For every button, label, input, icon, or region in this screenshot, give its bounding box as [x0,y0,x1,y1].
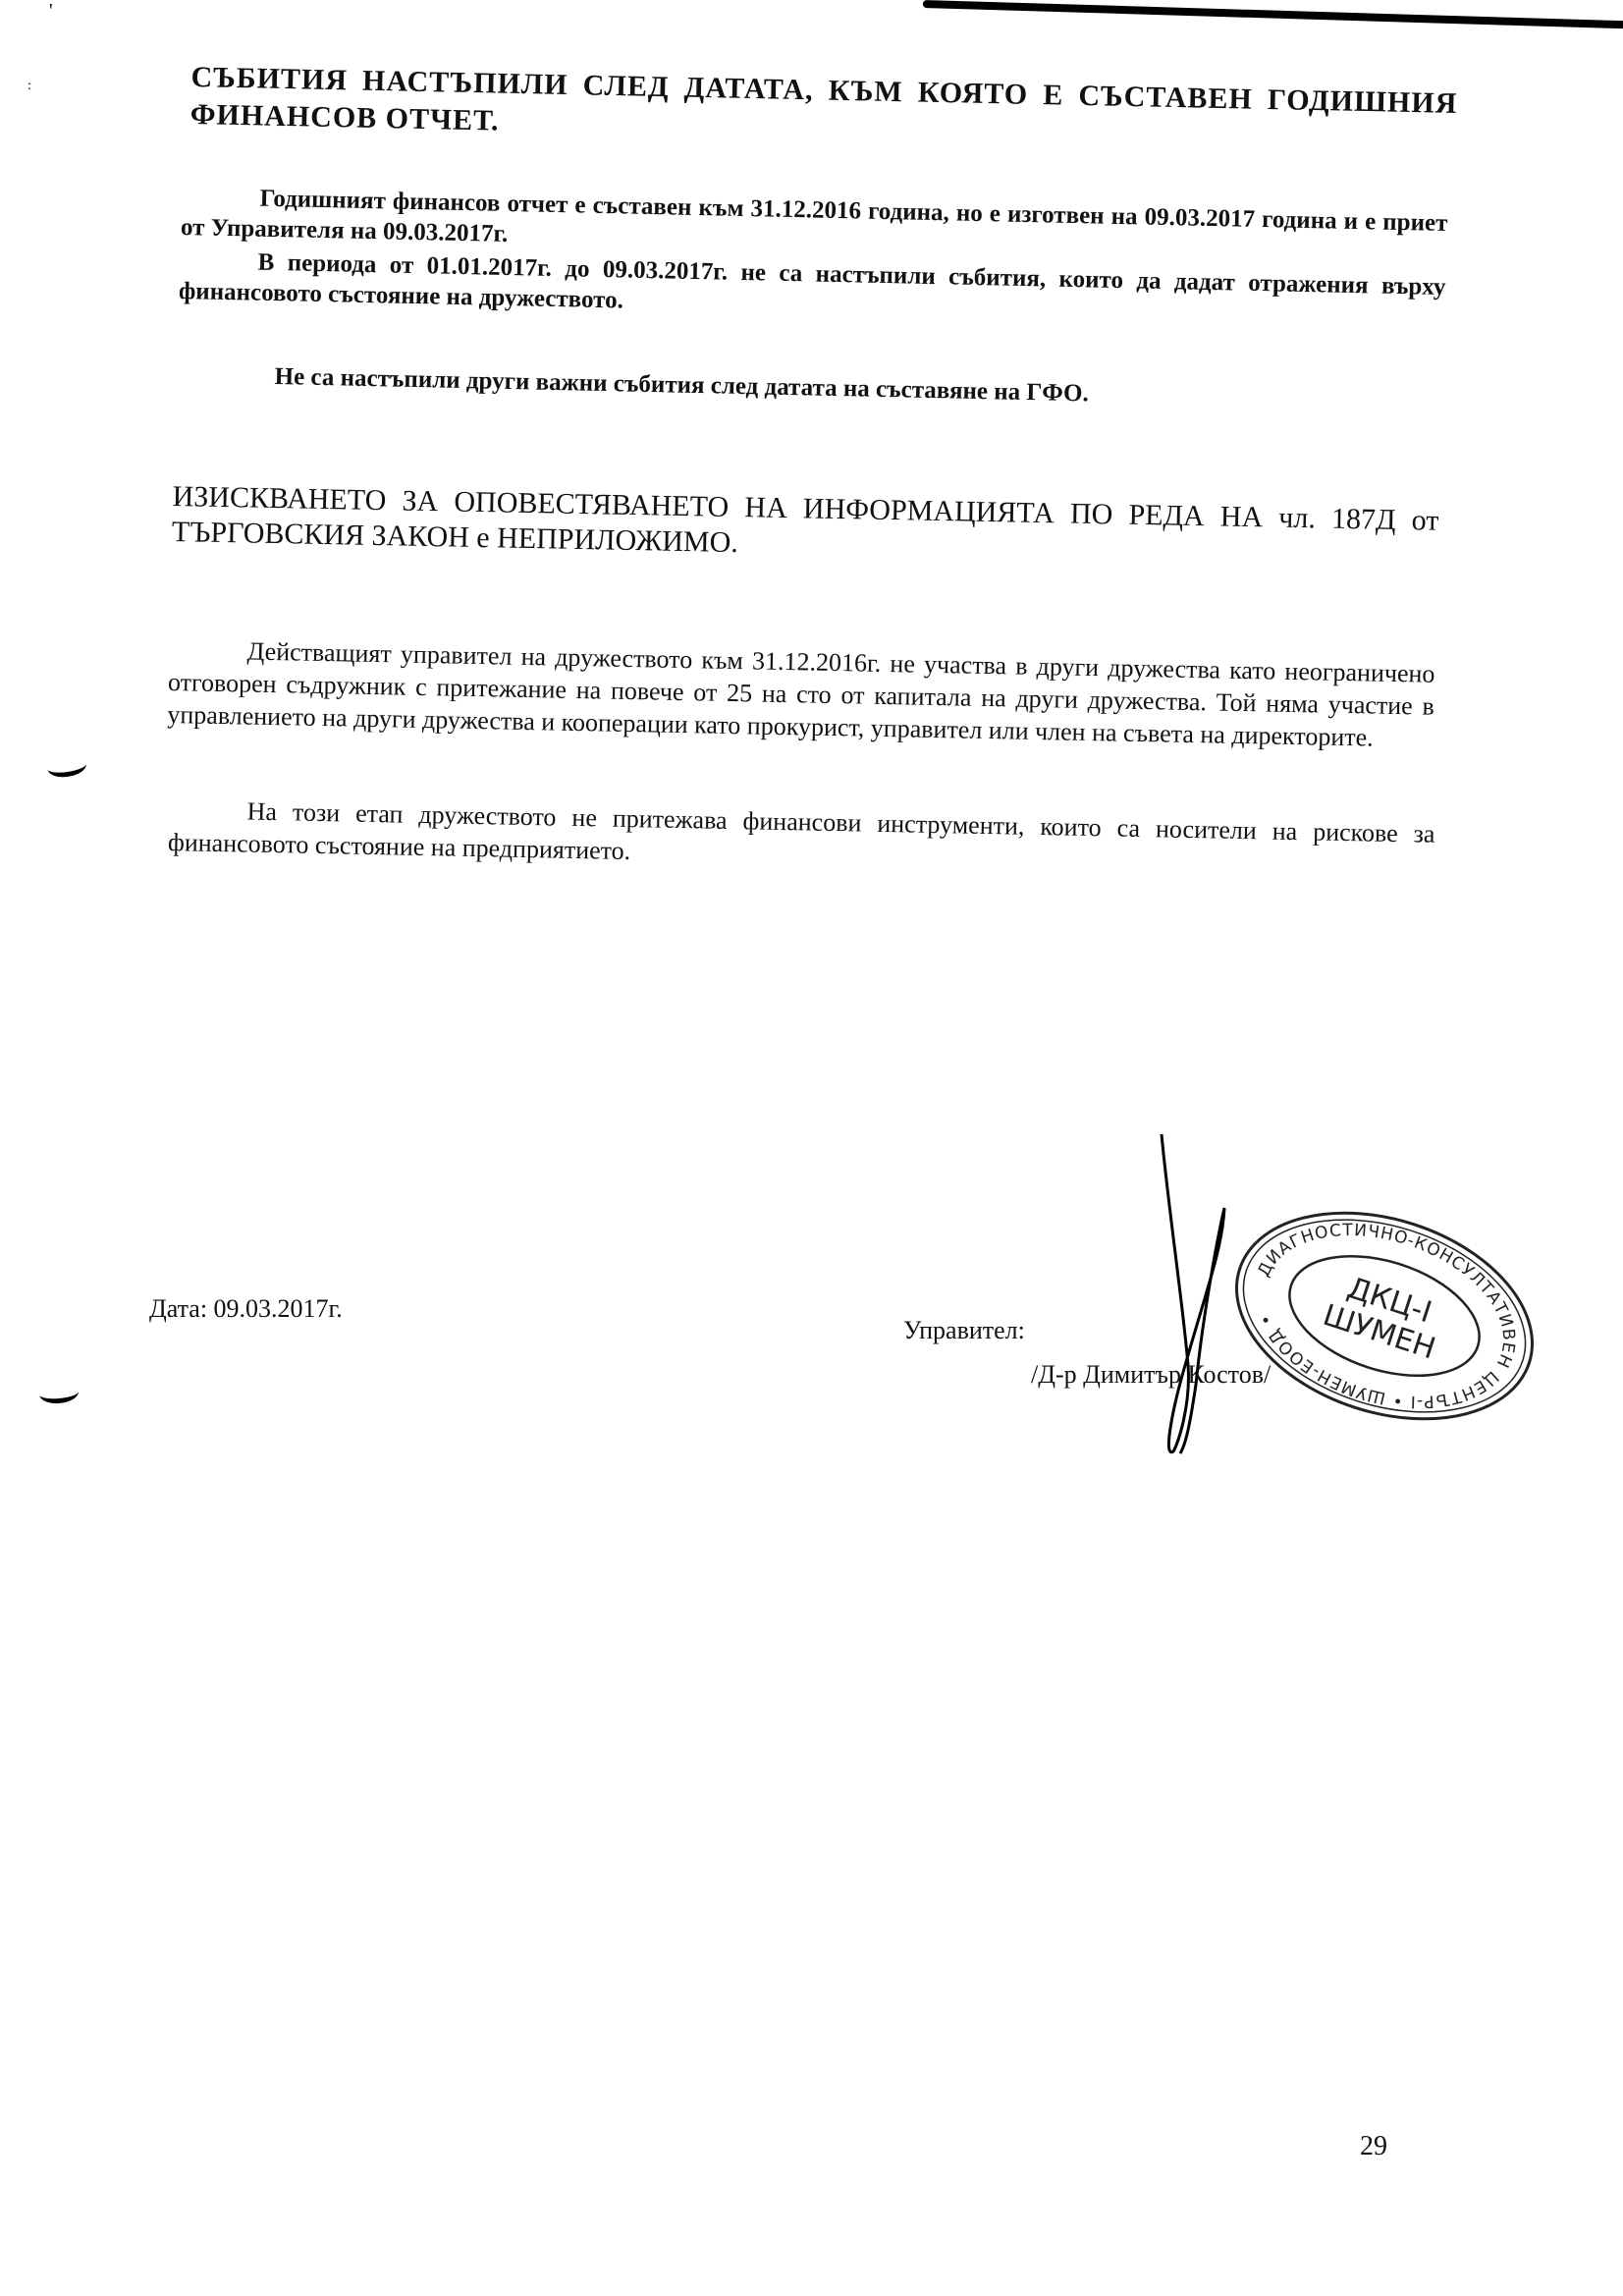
page-number: 29 [1360,2131,1387,2162]
paragraph-disclosure-requirement: ИЗИСКВАНЕТО ЗА ОПОВЕСТЯВАНЕТО НА ИНФОРМА… [172,479,1439,574]
date-label: Дата: 09.03.2017г. [149,1294,343,1324]
paragraph-financial-instruments: На този етап дружеството не притежава фи… [168,793,1435,883]
punch-hole-mark [38,1381,80,1404]
manager-label: Управител: [903,1316,1025,1345]
company-stamp-icon: ДИАГНОСТИЧНО-КОНСУЛТАТИВЕН ЦЕНТЪР-I • ШУ… [1222,1203,1546,1429]
scan-artifact-mark: ' [49,0,53,23]
section-title: СЪБИТИЯ НАСТЪПИЛИ СЛЕД ДАТАТА, КЪМ КОЯТО… [189,59,1457,160]
paragraph-no-other-events: Не са настъпили други важни събития след… [274,361,1452,416]
scan-artifact-mark: : [27,79,31,94]
paragraph-manager-participation: Действащият управител на дружеството към… [167,633,1435,755]
scan-artifact-line [923,0,1623,28]
punch-hole-mark [46,753,88,779]
